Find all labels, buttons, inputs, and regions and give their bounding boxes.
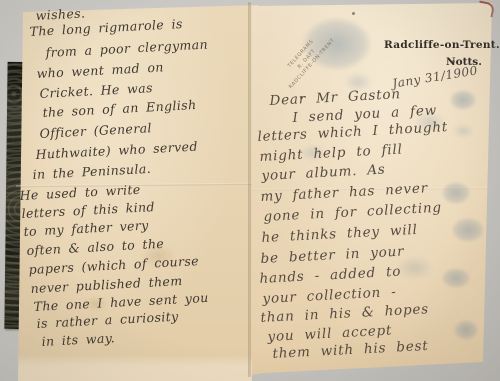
red-mark	[477, 0, 496, 17]
speck	[352, 12, 355, 15]
handwriting-line: wishes.	[35, 5, 85, 23]
letterhead-place: Radcliffe-on-Trent.	[384, 39, 500, 51]
letter-photograph: Radcliffe-on-Trent. Notts. TELEGRAMS R. …	[0, 0, 500, 381]
